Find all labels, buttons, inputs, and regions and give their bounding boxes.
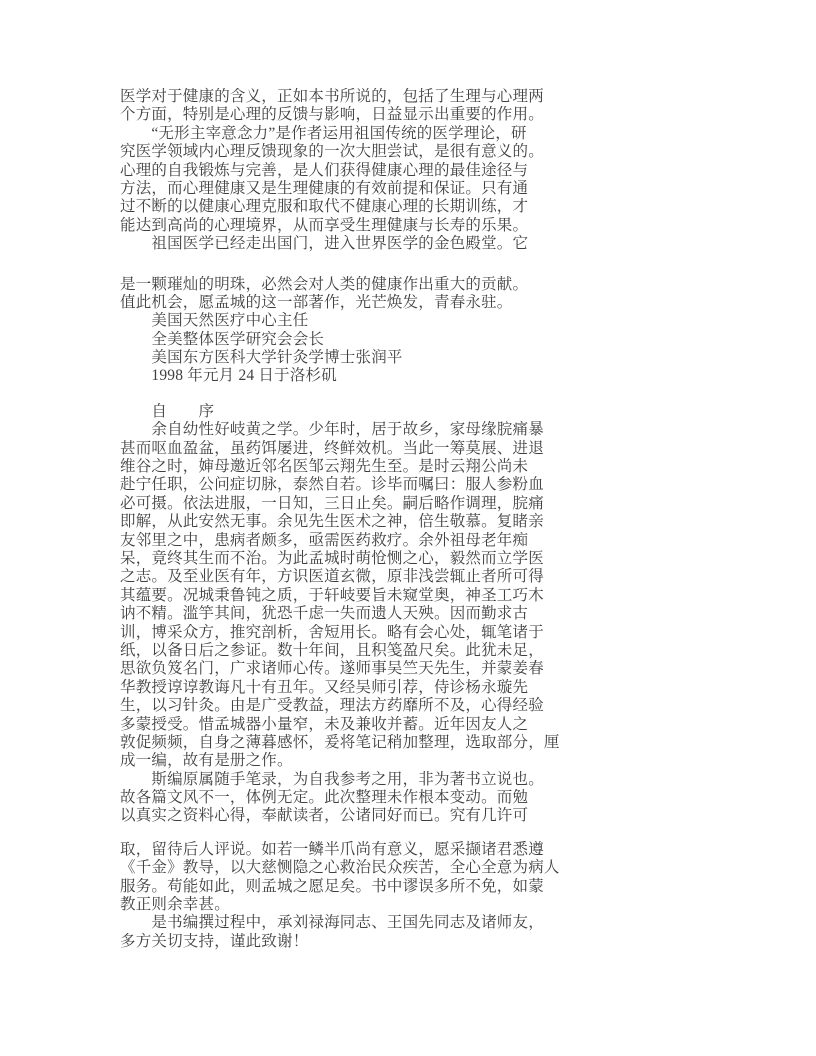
self-preface: 自 序 余自幼性好岐黄之学。少年时，居于故乡，家母缘脘痛暴甚而呕血盈盆，虽药饵屡… [120, 403, 590, 826]
text-line: 必可摄。依法进服，一日知，三日止矣。嗣后略作调理，脘痛 [120, 495, 590, 513]
text-line: 教正则余幸甚。 [120, 896, 590, 914]
text-line: 祖国医学已经走出国门，进入世界医学的金色殿堂。它 [120, 235, 590, 253]
text-line: 即解，从此安然无事。余见先生医术之神，倍生敬慕。复睹亲 [120, 513, 590, 531]
text-block: 医学对于健康的含义，正如本书所说的，包括了生理与心理两个方面，特别是心理的反馈与… [120, 88, 590, 951]
text-line: 值此机会，愿孟城的这一部著作，光芒焕发，青春永驻。 [120, 294, 590, 312]
text-line: 思欲负笈名门，广求诸师心传。遂师事吴竺天先生，并蒙姜春 [120, 660, 590, 678]
text-line: 维谷之时，婶母邀近邻名医邹云翔先生至。是时云翔公尚未 [120, 458, 590, 476]
text-line: 多蒙授受。惜孟城器小量窄，未及兼收并蓄。近年因友人之 [120, 716, 590, 734]
text-line: 个方面，特别是心理的反馈与影响，日益显示出重要的作用。 [120, 106, 590, 124]
text-line: 以真实之资料心得，奉献读者，公诸同好而已。究有几许可 [120, 807, 590, 825]
text-line: 生，以习针灸。由是广受教益，理法方药靡所不及，心得经验 [120, 697, 590, 715]
text-line: 赴宁任职，公问症切脉，泰然自若。诊毕而嘱曰：服人参粉血 [120, 476, 590, 494]
text-line: 多方关切支持，谨此致谢！ [120, 933, 590, 951]
text-line: 过不断的以健康心理克服和取代不健康心理的长期训练，才 [120, 198, 590, 216]
text-line: “无形主宰意念力”是作者运用祖国传统的医学理论，研 [120, 125, 590, 143]
text-line: 能达到高尚的心理境界，从而享受生理健康与长寿的乐果。 [120, 217, 590, 235]
text-line: 余自幼性好岐黄之学。少年时，居于故乡，家母缘脘痛暴 [120, 421, 590, 439]
text-line: 自 序 [120, 403, 590, 421]
text-line: 美国天然医疗中心主任 [120, 312, 590, 330]
text-line: 是书编撰过程中，承刘禄海同志、王国先同志及诸师友， [120, 914, 590, 932]
text-line: 全美整体医学研究会会长 [120, 331, 590, 349]
text-line: 讷不精。滥竽其间，犹恐千虑一失而遗人天殃。因而勤求古 [120, 605, 590, 623]
text-line: 1998 年元月 24 日于洛杉矶 [120, 367, 590, 385]
text-line: 取，留待后人评说。如若一鳞半爪尚有意义，愿采撷诸君悉遵 [120, 841, 590, 859]
text-line: 故各篇文风不一，体例无定。此次整理未作根本变动。而勉 [120, 789, 590, 807]
text-line: 美国东方医科大学针灸学博士张润平 [120, 349, 590, 367]
foreword-close-and-signature: 是一颗璀灿的明珠，必然会对人类的健康作出重大的贡献。值此机会，愿孟城的这一部著作… [120, 276, 590, 386]
text-line: 训，博采众方，推究剖析，舍短用长。略有会心处，辄笔诸于 [120, 624, 590, 642]
text-line: 之志。及至业医有年，方识医道玄微，原非浅尝辄止者所可得 [120, 568, 590, 586]
foreword-continuation: 医学对于健康的含义，正如本书所说的，包括了生理与心理两个方面，特别是心理的反馈与… [120, 88, 590, 254]
text-line: 《千金》教导，以大慈恻隐之心救治民众疾苦，全心全意为病人 [120, 859, 590, 877]
text-line: 甚而呕血盈盆，虽药饵屡进，终鲜效机。当此一筹莫展、进退 [120, 440, 590, 458]
self-preface-end: 取，留待后人评说。如若一鳞半爪尚有意义，愿采撷诸君悉遵《千金》教导，以大慈恻隐之… [120, 841, 590, 951]
text-line: 服务。苟能如此，则孟城之愿足矣。书中谬误多所不免，如蒙 [120, 878, 590, 896]
text-line: 方法，而心理健康又是生理健康的有效前提和保证。只有通 [120, 180, 590, 198]
text-line: 华教授谆谆教诲凡十有丑年。又经吴师引荐，侍诊杨永璇先 [120, 679, 590, 697]
text-line: 纸，以备日后之参证。数十年间，且积笺盈尺矣。此犹未足， [120, 642, 590, 660]
text-line: 呆，竟终其生而不治。为此孟城时萌怆恻之心，毅然而立学医 [120, 550, 590, 568]
text-line: 斯编原属随手笔录，为自我参考之用，非为著书立说也。 [120, 771, 590, 789]
text-line: 医学对于健康的含义，正如本书所说的，包括了生理与心理两 [120, 88, 590, 106]
text-line: 究医学领域内心理反馈现象的一次大胆尝试，是很有意义的。 [120, 143, 590, 161]
text-line: 友邻里之中，患病者颇多，亟需医药救疗。余外祖母老年痴 [120, 532, 590, 550]
text-line: 其蕴要。况城秉鲁钝之质，于轩岐要旨未窥堂奥，神圣工巧木 [120, 587, 590, 605]
text-line: 成一编，故有是册之作。 [120, 752, 590, 770]
document-page: 医学对于健康的含义，正如本书所说的，包括了生理与心理两个方面，特别是心理的反馈与… [0, 0, 816, 1056]
text-line: 敦促频频，自身之薄暮感怀，爰将笔记稍加整理，选取部分，厘 [120, 734, 590, 752]
text-line: 是一颗璀灿的明珠，必然会对人类的健康作出重大的贡献。 [120, 276, 590, 294]
text-line: 心理的自我锻炼与完善，是人们获得健康心理的最佳途径与 [120, 162, 590, 180]
